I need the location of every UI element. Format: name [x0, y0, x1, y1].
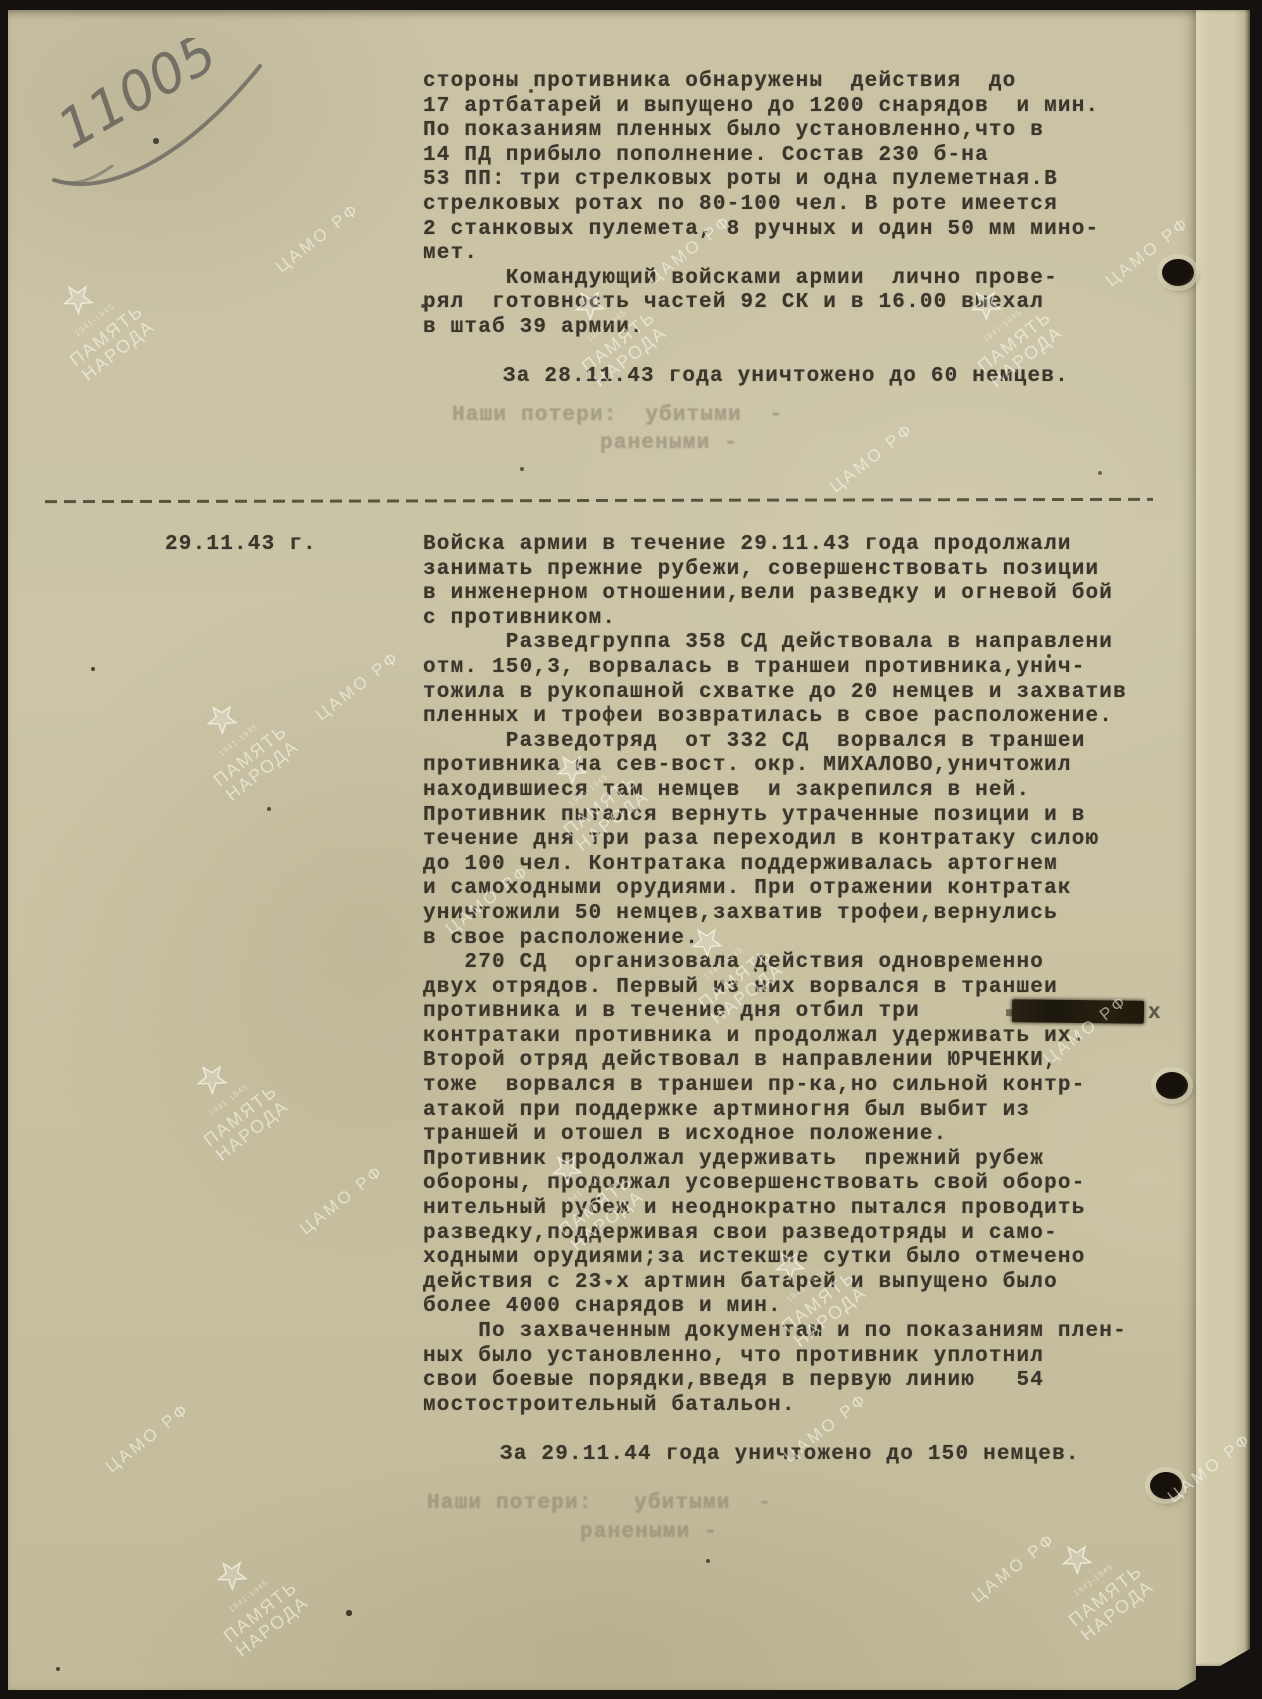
typewritten-line: 53 ПП: три стрелковых роты и одна пулеме… — [423, 168, 1099, 193]
typewritten-line: более 4000 снарядов и мин. — [423, 1295, 1127, 1320]
typewritten-line: ходными орудиями;за истекшие сутки было … — [423, 1246, 1127, 1271]
typewritten-line: Командующий войсками армии лично прове- — [423, 267, 1099, 292]
losses-line-29: Наши потери: убитыми - — [427, 1492, 772, 1517]
punch-hole — [1156, 1072, 1188, 1099]
redaction-bar — [1012, 999, 1144, 1024]
typewritten-line: 14 ПД прибыло пополнение. Состав 230 б-н… — [423, 144, 1099, 169]
typewritten-line: в инженерном отношении,вели разведку и о… — [423, 582, 1127, 607]
typewritten-line: стрелковых ротах по 80-100 чел. В роте и… — [423, 193, 1099, 218]
typed-paragraphs-28-11: стороны противника обнаружены действия д… — [423, 70, 1099, 341]
typewritten-line: разведку,поддерживая свои разведотряды и… — [423, 1222, 1127, 1247]
typewritten-line: нительный рубеж и неоднократно пытался п… — [423, 1197, 1127, 1222]
underlying-page-edge — [1196, 10, 1250, 1666]
punch-hole — [1162, 259, 1194, 286]
typewritten-line: пленных и трофеи возвратилась в свое рас… — [423, 705, 1127, 730]
kill-count-line-28: За 28.11.43 года уничтожено до 60 немцев… — [503, 365, 1069, 390]
typewritten-line: Второй отряд действовал в направлении ЮР… — [423, 1049, 1127, 1074]
pencil-flourish: 11005 — [38, 38, 278, 208]
typewritten-line: с противником. — [423, 607, 1127, 632]
typewritten-line: обороны, продолжал усовершенствовать сво… — [423, 1172, 1127, 1197]
typewritten-line: рял готовность частей 92 СК и в 16.00 вы… — [423, 291, 1099, 316]
typed-paragraphs-29-11: Войска армии в течение 29.11.43 года про… — [423, 533, 1127, 1418]
losses-wounded-29: ранеными - — [580, 1521, 718, 1546]
typewritten-line: мет. — [423, 242, 1099, 267]
typewritten-line: атакой при поддержке артминогня был выби… — [423, 1099, 1127, 1124]
typewritten-line: Противник пытался вернуть утраченные поз… — [423, 804, 1127, 829]
typewritten-line: ных было установленно, что противник упл… — [423, 1345, 1127, 1370]
scanned-document-page: 11005 стороны противника обнаружены дейс… — [0, 0, 1262, 1699]
typewritten-line: 270 СД организовала действия одновременн… — [423, 951, 1127, 976]
typewritten-line: Войска армии в течение 29.11.43 года про… — [423, 533, 1127, 558]
typewritten-line: Разведотряд от 332 СД ворвался в траншеи — [423, 730, 1127, 755]
typewritten-line: в штаб 39 армии. — [423, 316, 1099, 341]
handwritten-page-number: 11005 — [38, 38, 278, 208]
typewritten-line: двух отрядов. Первый из них ворвался в т… — [423, 976, 1127, 1001]
punch-hole — [1150, 1472, 1182, 1499]
typewritten-line: противника на сев-вост. окр. МИХАЛОВО,ун… — [423, 754, 1127, 779]
typewritten-line: занимать прежние рубежи, совершенствоват… — [423, 558, 1127, 583]
redaction-trailing-char: х — [1148, 1002, 1162, 1027]
typewritten-line: отм. 150,3, ворвалась в траншеи противни… — [423, 656, 1127, 681]
typewritten-line: и самоходными орудиями. При отражении ко… — [423, 877, 1127, 902]
typewritten-line: в свое расположение. — [423, 927, 1127, 952]
typewritten-line: свои боевые порядки,введя в первую линию… — [423, 1369, 1127, 1394]
paper-specks — [0, 0, 2, 2]
typewritten-line: контратаки противника и продолжал удержи… — [423, 1025, 1127, 1050]
typewritten-line: 17 артбатарей и выпущено до 1200 снарядо… — [423, 95, 1099, 120]
typewritten-line: уничтожили 50 немцев,захватив трофеи,вер… — [423, 902, 1127, 927]
date-label-29-11: 29.11.43 г. — [165, 533, 317, 558]
typewritten-line: стороны противника обнаружены действия д… — [423, 70, 1099, 95]
kill-count-line-29: За 29.11.44 года уничтожено до 150 немце… — [500, 1443, 1080, 1468]
typewritten-line: находившиеся там немцев и закрепился в н… — [423, 779, 1127, 804]
typewritten-line: Разведгруппа 358 СД действовала в направ… — [423, 631, 1127, 656]
typewritten-line: до 100 чел. Контратака поддерживалась ар… — [423, 853, 1127, 878]
typewritten-line: тожила в рукопашной схватке до 20 немцев… — [423, 681, 1127, 706]
typewritten-line: По захваченным документам и по показания… — [423, 1320, 1127, 1345]
typewritten-line: тоже ворвался в траншеи пр-ка,но сильной… — [423, 1074, 1127, 1099]
typewritten-line: Противник продолжал удерживать прежний р… — [423, 1148, 1127, 1173]
handwritten-number-text: 11005 — [47, 38, 227, 161]
losses-line-28: Наши потери: убитыми - — [452, 404, 783, 429]
losses-wounded-28: ранеными - — [600, 432, 738, 457]
typewritten-line: течение дня три раза переходил в контрат… — [423, 828, 1127, 853]
typewritten-line: действия с 23-х артмин батарей и выпущен… — [423, 1271, 1127, 1296]
typewritten-line: мостостроительный батальон. — [423, 1394, 1127, 1419]
typewritten-line: траншей и отошел в исходное положение. — [423, 1123, 1127, 1148]
typewritten-line: По показаниям пленных было установленно,… — [423, 119, 1099, 144]
typewritten-line: 2 станковых пулемета, 8 ручных и один 50… — [423, 218, 1099, 243]
